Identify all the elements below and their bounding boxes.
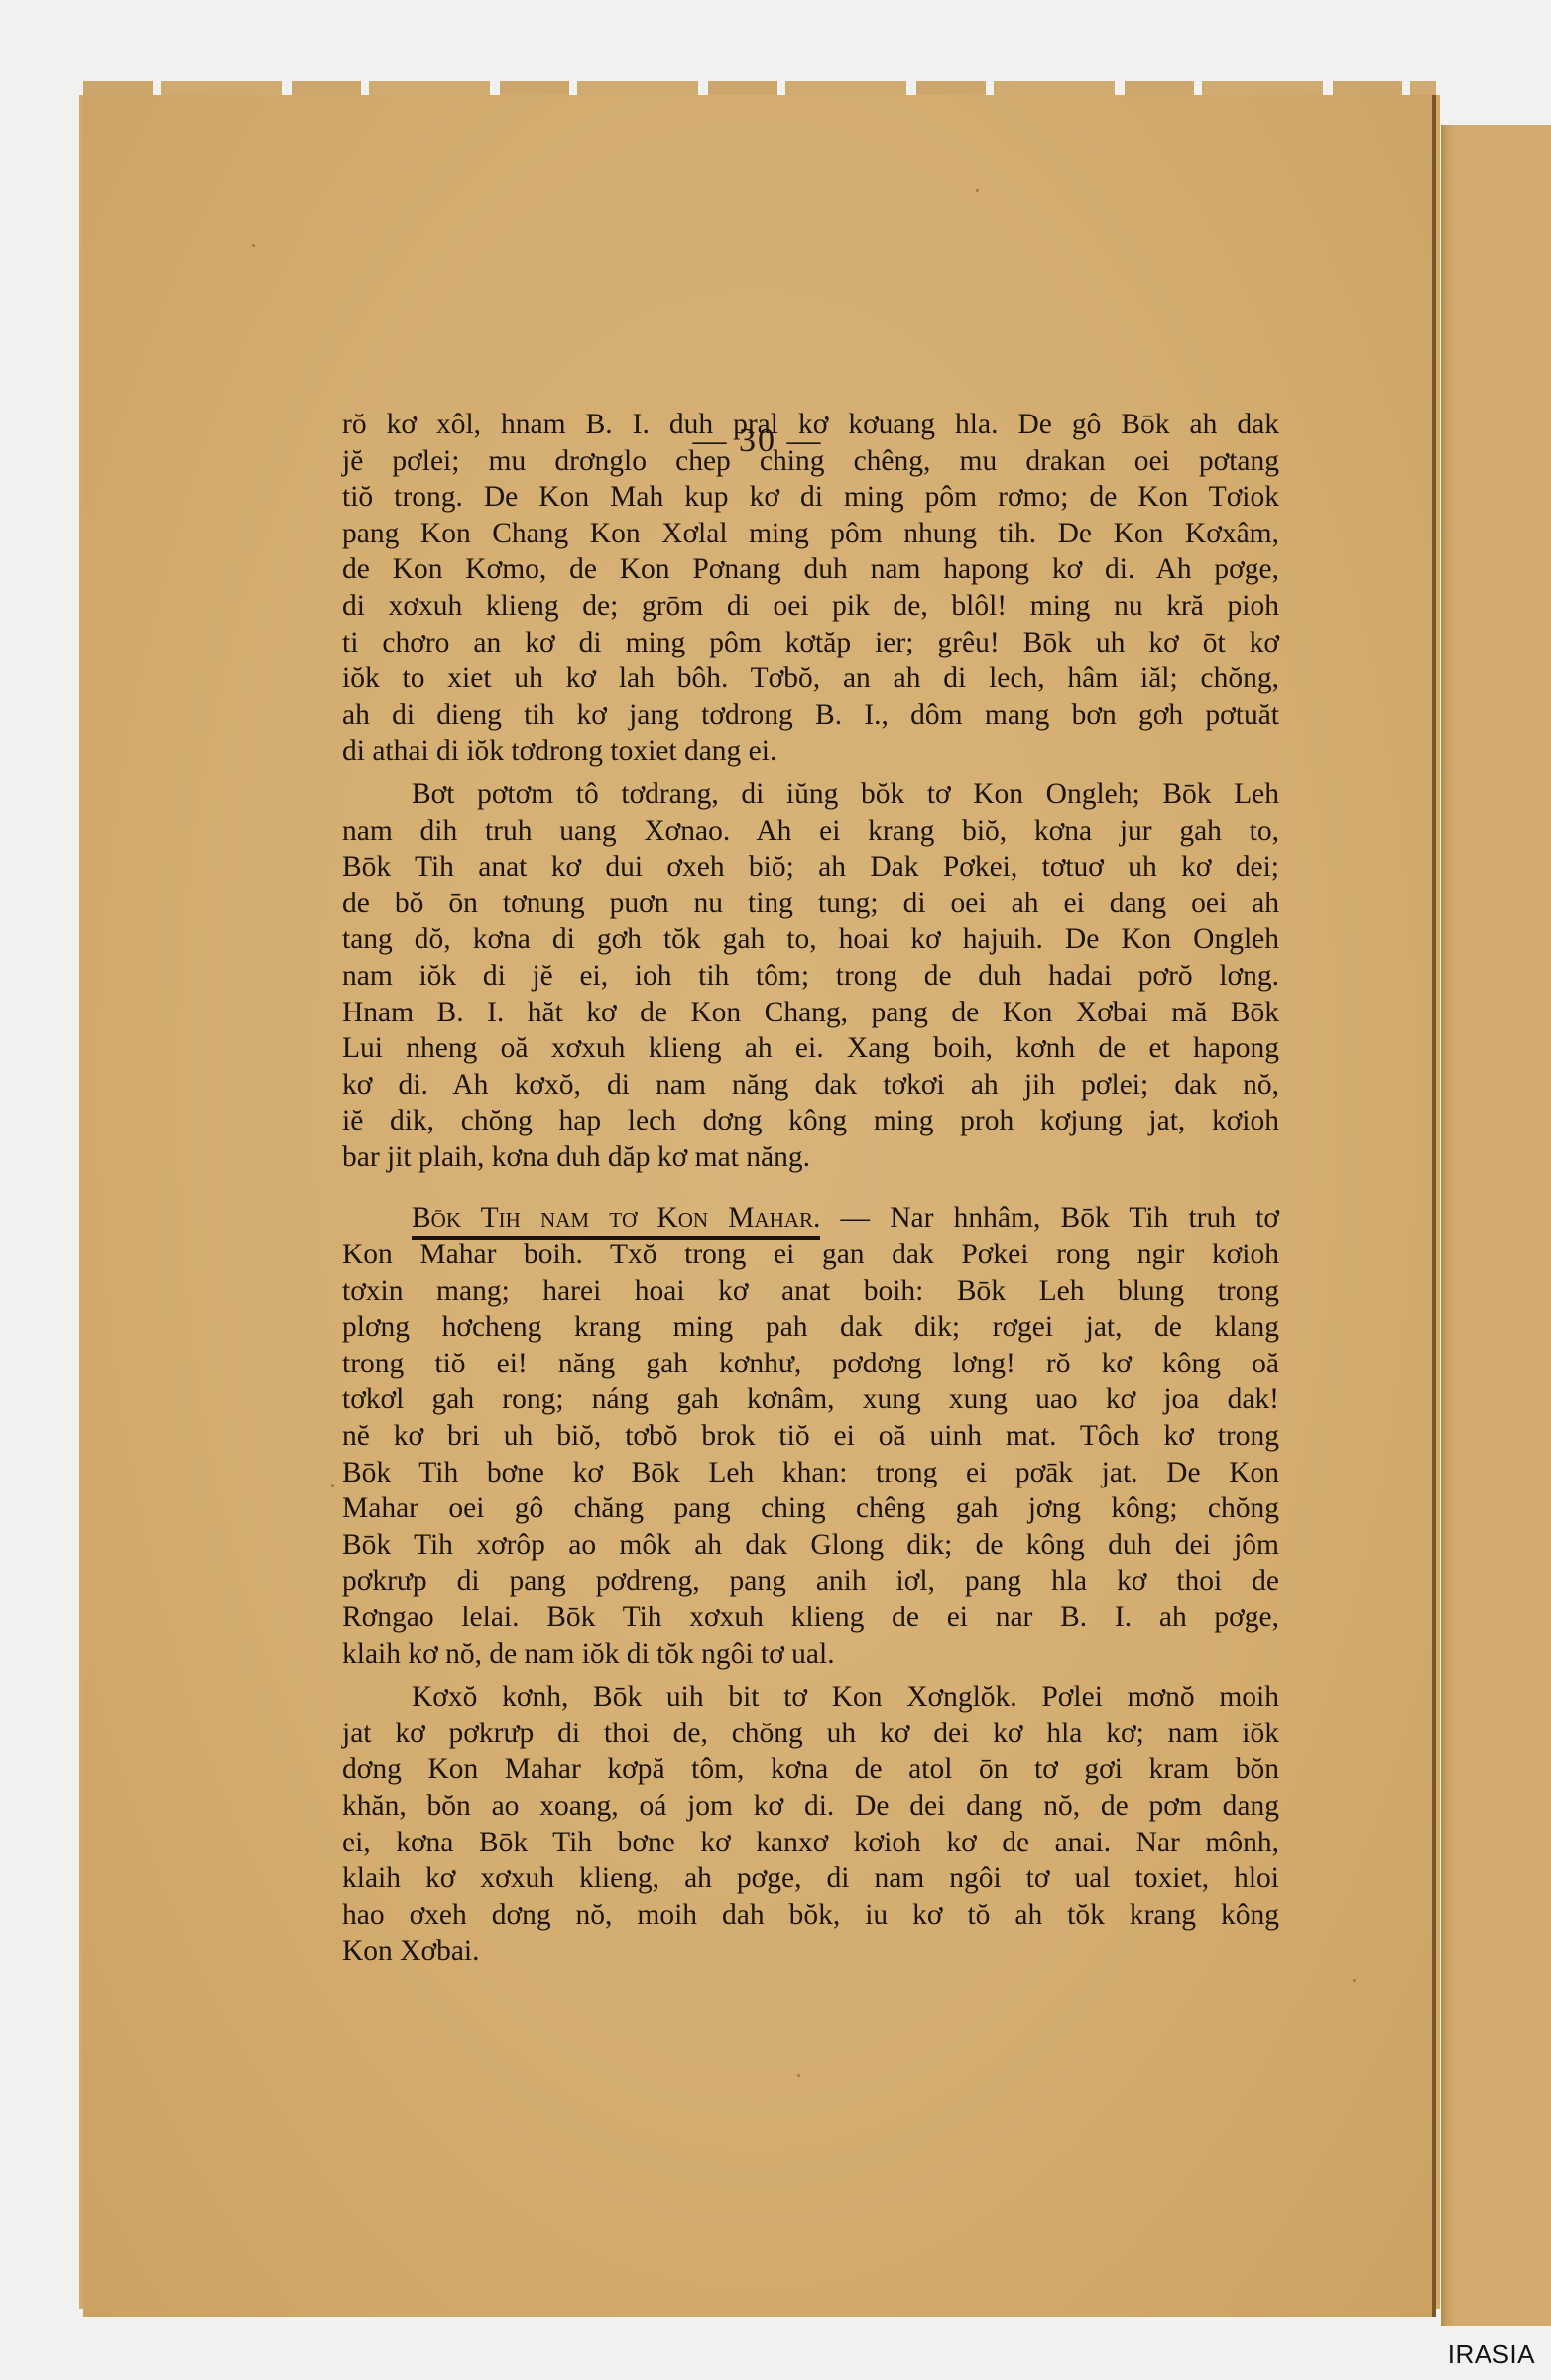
text-line: di athai di iŏk tơdrong toxiet dang ei. <box>342 733 1279 770</box>
text-line: jat kơ pơkrưp di thoi de, chŏng uh kơ de… <box>342 1716 1279 1752</box>
text-line: Bōk Tih anat kơ dui ơxeh biŏ; ah Dak Pơk… <box>342 849 1279 886</box>
text-line: tiŏ trong. De Kon Mah kup kơ di ming pôm… <box>342 479 1279 516</box>
text-line: plơng hơcheng krang ming pah dak dik; rơ… <box>342 1309 1279 1346</box>
paragraph-2: Bơt pơtơm tô tơdrang, di iŭng bŏk tơ Kon… <box>342 776 1279 1176</box>
text-line: iĕ dik, chŏng hap lech dơng kông ming pr… <box>342 1103 1279 1139</box>
text-line: nam iŏk di jĕ ei, ioh tih tôm; trong de … <box>342 958 1279 995</box>
text-line: di xơxuh klieng de; grōm di oei pik de, … <box>342 588 1279 625</box>
text-line: hao ơxeh dơng nŏ, moih dah bŏk, iu kơ tŏ… <box>342 1897 1279 1934</box>
body-text: rŏ kơ xôl, hnam B. I. duh pral kơ kơuang… <box>342 407 1279 1976</box>
text-line: iŏk to xiet uh kơ lah bôh. Tơbŏ, an ah d… <box>342 660 1279 697</box>
text-line: ti chơro an kơ di ming pôm kơtăp ier; gr… <box>342 625 1279 661</box>
section-gap <box>342 1182 1279 1200</box>
text-line: ah di dieng tih kơ jang tơdrong B. I., d… <box>342 697 1279 734</box>
section-heading: Bōk Tih nam tơ Kon Mahar. <box>412 1202 820 1240</box>
text-line: Kon Mahar boih. Txŏ trong ei gan dak Pơk… <box>342 1237 1279 1273</box>
paragraph-1: rŏ kơ xôl, hnam B. I. duh pral kơ kơuang… <box>342 407 1279 770</box>
text-line: de Kon Kơmo, de Kon Pơnang duh nam hapon… <box>342 551 1279 588</box>
text-line: Bơt pơtơm tô tơdrang, di iŭng bŏk tơ Kon… <box>342 776 1279 813</box>
paper-speck <box>976 189 979 192</box>
adjacent-page-leaf <box>1441 125 1551 2326</box>
text-line: nĕ kơ bri uh biŏ, tơbŏ brok tiŏ ei oă ui… <box>342 1418 1279 1455</box>
heading-line: Bōk Tih nam tơ Kon Mahar. — Nar hnhâm, B… <box>342 1200 1279 1237</box>
text-line: Bōk Tih bơne kơ Bōk Leh khan: trong ei p… <box>342 1455 1279 1491</box>
text-line: nam dih truh uang Xơnao. Ah ei krang biŏ… <box>342 813 1279 850</box>
paper-speck <box>797 2074 800 2077</box>
text-line: trong tiŏ ei! năng gah kơnhư, pơdơng lơn… <box>342 1346 1279 1382</box>
text-line: Rơngao lelai. Bōk Tih xơxuh klieng de ei… <box>342 1600 1279 1636</box>
text-line: rŏ kơ xôl, hnam B. I. duh pral kơ kơuang… <box>342 407 1279 443</box>
text-line: khăn, bŏn ao xoang, oá jom kơ di. De dei… <box>342 1788 1279 1825</box>
text-line: Kơxŏ kơnh, Bōk uih bit tơ Kon Xơnglŏk. P… <box>342 1679 1279 1716</box>
text-line: pơkrưp di pang pơdreng, pang anih iơl, p… <box>342 1563 1279 1600</box>
paragraph-4: Kơxŏ kơnh, Bōk uih bit tơ Kon Xơnglŏk. P… <box>342 1679 1279 1969</box>
paragraph-3: Bōk Tih nam tơ Kon Mahar. — Nar hnhâm, B… <box>342 1200 1279 1672</box>
paper-speck <box>1353 1979 1356 1982</box>
text-line: tang dŏ, kơna di gơh tŏk gah to, hoai kơ… <box>342 921 1279 958</box>
text-line: pang Kon Chang Kon Xơlal ming pôm nhung … <box>342 516 1279 552</box>
text-line: dơng Kon Mahar kơpă tôm, kơna de atol ōn… <box>342 1751 1279 1788</box>
text-line: jĕ pơlei; mu drơnglo chep ching chêng, m… <box>342 443 1279 480</box>
text-line: Bōk Tih xơrôp ao môk ah dak Glong dik; d… <box>342 1527 1279 1564</box>
text-line: Lui nheng oă xơxuh klieng ah ei. Xang bo… <box>342 1030 1279 1067</box>
text-line: tơxin mang; harei hoai kơ anat boih: Bōk… <box>342 1273 1279 1310</box>
text-line: klaih kơ nŏ, de nam iŏk di tŏk ngôi tơ u… <box>342 1636 1279 1673</box>
text-line: Mahar oei gô chăng pang ching chêng gah … <box>342 1490 1279 1527</box>
paper-speck <box>252 244 255 247</box>
heading-line-rest: — Nar hnhâm, Bōk Tih truh tơ <box>820 1202 1279 1234</box>
text-line: Kon Xơbai. <box>342 1933 1279 1969</box>
text-line: klaih kơ xơxuh klieng, ah pơge, di nam n… <box>342 1860 1279 1897</box>
text-line: de bŏ ōn tơnung puơn nu ting tung; di oe… <box>342 886 1279 922</box>
text-line: ei, kơna Bōk Tih bơne kơ kanxơ kơioh kơ … <box>342 1825 1279 1861</box>
text-line: bar jit plaih, kơna duh dăp kơ mat năng. <box>342 1139 1279 1176</box>
text-line: tơkơl gah rong; náng gah kơnâm, xung xun… <box>342 1381 1279 1418</box>
paper-speck <box>331 1484 334 1487</box>
text-line: Hnam B. I. hăt kơ de Kon Chang, pang de … <box>342 995 1279 1031</box>
archive-watermark: IRASIA <box>1448 2339 1535 2370</box>
text-line: kơ di. Ah kơxŏ, di nam năng dak tơkơi ah… <box>342 1067 1279 1104</box>
